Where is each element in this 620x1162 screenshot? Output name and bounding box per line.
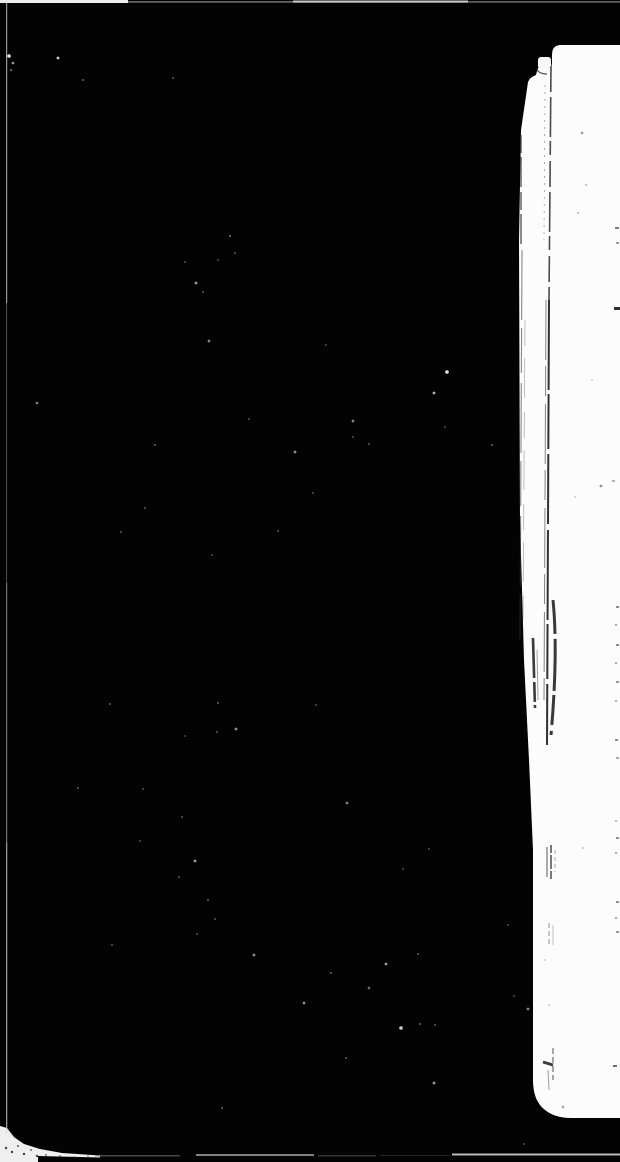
- scan-image: [0, 0, 620, 1162]
- page-corner-tab: [538, 57, 551, 69]
- page-fore-edge: [519, 45, 620, 1118]
- scanned-book-page: [0, 0, 620, 1162]
